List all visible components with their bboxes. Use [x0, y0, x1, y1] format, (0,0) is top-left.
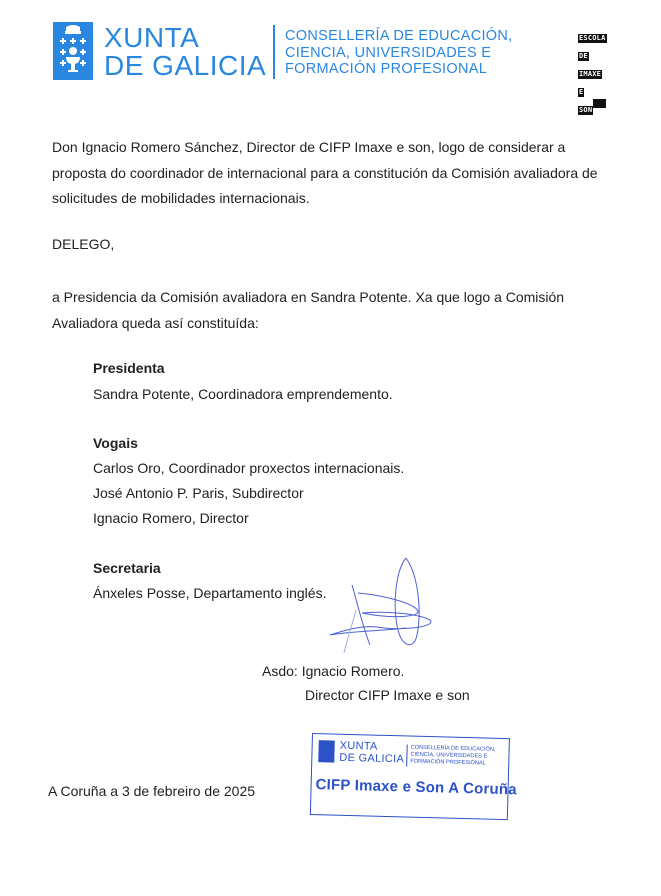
member-line: Ánxeles Posse, Departamento inglés. [93, 581, 326, 607]
stamp-emblem-icon [318, 740, 335, 762]
department-line-3: FORMACIÓN PROFESIONAL [285, 61, 512, 78]
role-presidenta: Presidenta [93, 356, 165, 382]
intro-line: proposta do coordinador de internacional… [52, 161, 598, 187]
role-secretaria: Secretaria [93, 556, 161, 582]
stamp-institution: XUNTA DE GALICIA [339, 740, 404, 766]
stamp-department: CONSELLERÍA DE EDUCACIÓN, CIENCIA, UNIVE… [410, 745, 495, 768]
stamp-center-name: CIFP Imaxe e Son A Coruña [315, 776, 517, 798]
header-divider [273, 25, 275, 79]
signer-title: Director CIFP Imaxe e son [305, 683, 470, 709]
stamp-line: DE GALICIA [339, 752, 404, 766]
intro-paragraph: Don Ignacio Romero Sánchez, Director de … [52, 135, 598, 212]
logo-word: E [578, 88, 584, 97]
department-line-2: CIENCIA, UNIVERSIDADES E [285, 45, 512, 62]
xunta-emblem-icon [53, 22, 93, 80]
xunta-wordmark: XUNTA DE GALICIA [104, 24, 266, 80]
handwritten-signature [322, 555, 442, 665]
delegation-line: a Presidencia da Comisión avaliadora en … [52, 285, 564, 311]
delegation-line: Avaliadora queda así constituída: [52, 311, 564, 337]
member-line: Sandra Potente, Coordinadora emprendemen… [93, 382, 393, 408]
logo-word: IMAXE [578, 70, 602, 79]
escola-imaxe-son-logo: ESCOLA DE IMAXE E SON [578, 27, 618, 117]
signed-by: Asdo: Ignacio Romero. [262, 659, 404, 685]
department-line-1: CONSELLERÍA DE EDUCACIÓN, [285, 28, 512, 45]
department-name: CONSELLERÍA DE EDUCACIÓN, CIENCIA, UNIVE… [285, 28, 512, 78]
stamp-dept-line: FORMACIÓN PROFESIONAL [410, 759, 495, 768]
intro-line: solicitudes de mobilidades internacionai… [52, 186, 598, 212]
role-vogais: Vogais [93, 431, 138, 457]
official-stamp: XUNTA DE GALICIA CONSELLERÍA DE EDUCACIÓ… [310, 733, 510, 820]
logo-word: SON [578, 106, 593, 115]
member-line: José Antonio P. Paris, Subdirector [93, 481, 304, 507]
member-line: Carlos Oro, Coordinador proxectos intern… [93, 456, 404, 482]
logo-word: DE [578, 52, 589, 61]
place-and-date: A Coruña a 3 de febreiro de 2025 [48, 779, 255, 805]
member-line: Ignacio Romero, Director [93, 506, 249, 532]
delego-heading: DELEGO, [52, 232, 114, 258]
institution-line-1: XUNTA [104, 24, 266, 52]
institution-line-2: DE GALICIA [104, 52, 266, 80]
stamp-divider [406, 744, 408, 766]
logo-bar [593, 99, 606, 108]
intro-line: Don Ignacio Romero Sánchez, Director de … [52, 135, 598, 161]
logo-word: ESCOLA [578, 34, 607, 43]
delegation-paragraph: a Presidencia da Comisión avaliadora en … [52, 285, 564, 336]
